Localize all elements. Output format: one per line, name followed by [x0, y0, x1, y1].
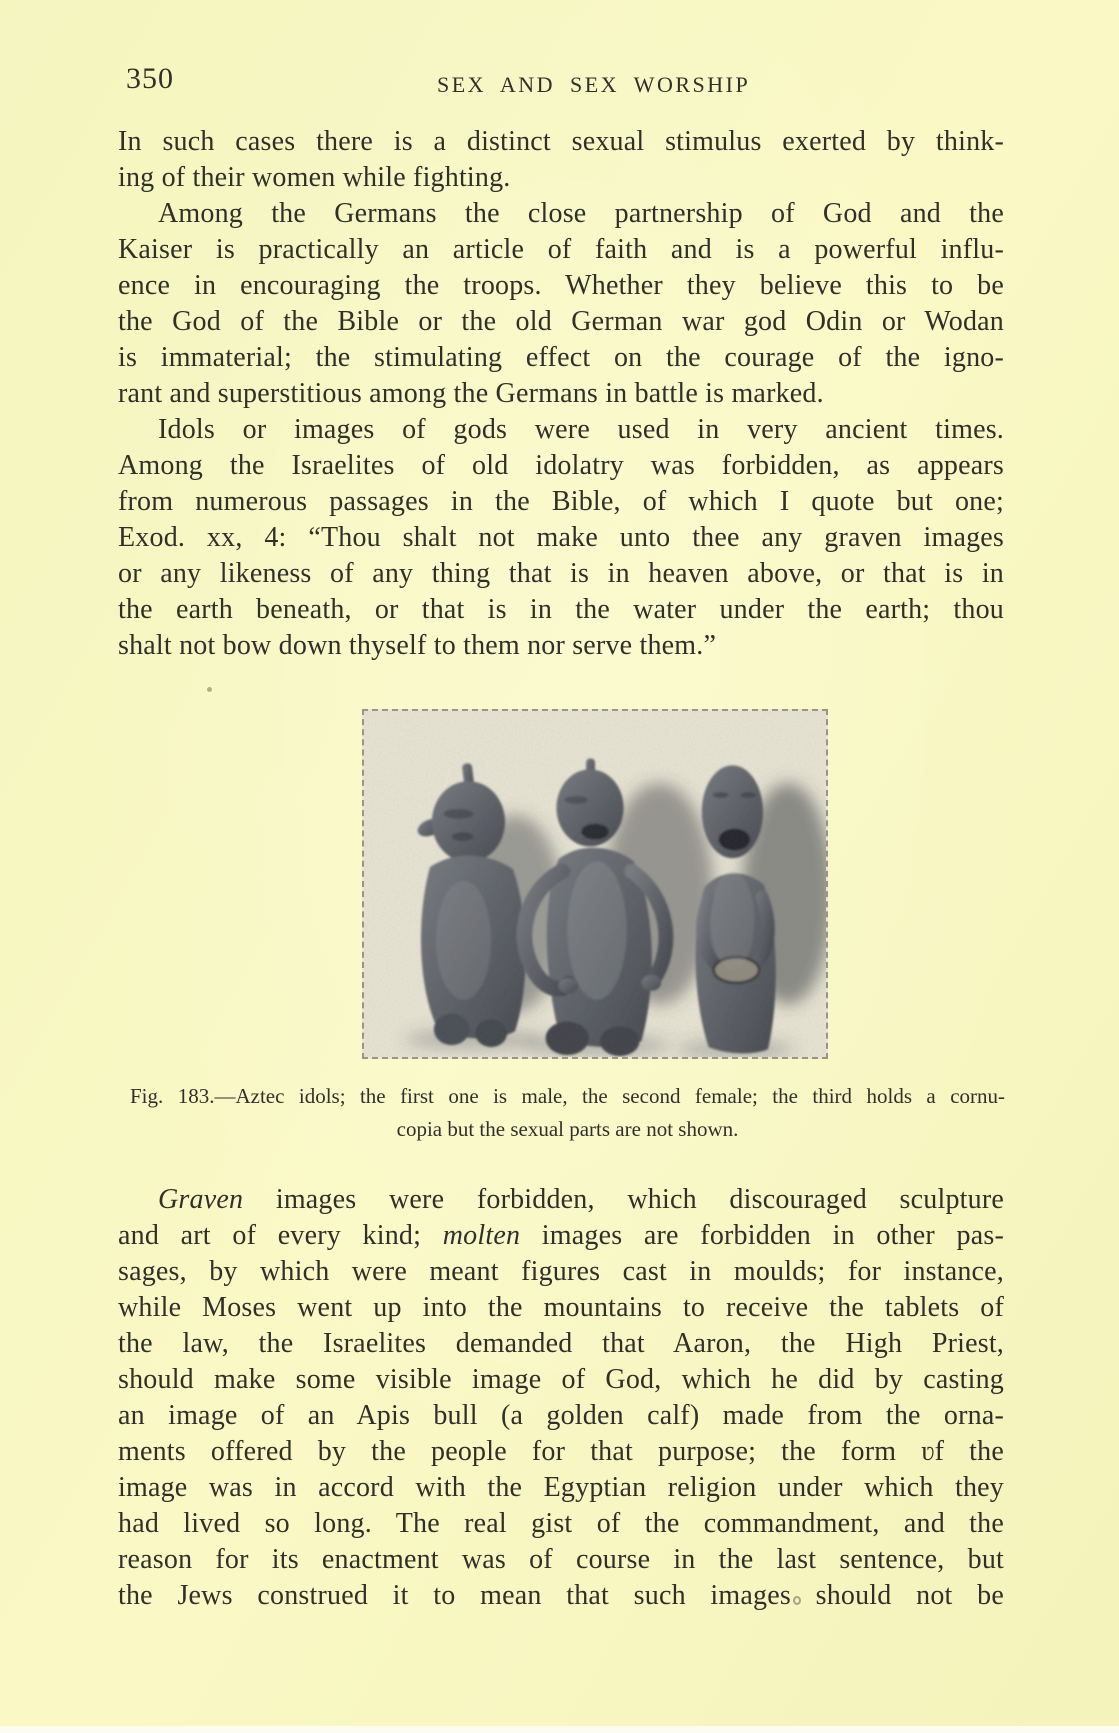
text-line: the earth beneath, or that is in the wat…: [118, 592, 1004, 628]
text-line: the law, the Israelites demanded that Aa…: [118, 1326, 1004, 1362]
ink-speck: [207, 687, 212, 692]
text-line: ence in encouraging the troops. Whether …: [118, 268, 1004, 304]
aztec-idols-illustration: [364, 711, 826, 1057]
text-line: sages, by which were meant figures cast …: [118, 1254, 1004, 1290]
figure-photo: [362, 709, 828, 1059]
body-text-upper: In such cases there is a distinct sexual…: [118, 124, 1004, 664]
photo-grain-texture: [365, 711, 826, 1057]
body-text-lower: Graven images were forbidden, which disc…: [118, 1182, 1004, 1614]
text-line: should make some visible image of God, w…: [118, 1362, 1004, 1398]
text-line: reason for its enactment was of course i…: [118, 1542, 1004, 1578]
text-line: the Jews construed it to mean that such …: [118, 1578, 1004, 1614]
text-line: an image of an Apis bull (a golden calf)…: [118, 1398, 1004, 1434]
text-line: Exod. xx, 4: “Thou shalt not make unto t…: [118, 520, 1004, 556]
figure-caption: Fig. 183.—Aztec idols; the first one is …: [130, 1080, 1005, 1146]
scan-edge-strip: [0, 1726, 1119, 1733]
text-line: from numerous passages in the Bible, of …: [118, 484, 1004, 520]
text-line: rant and superstitious among the Germans…: [118, 376, 1004, 412]
text-line: Among the Israelites of old idolatry was…: [118, 448, 1004, 484]
text-line: the God of the Bible or the old German w…: [118, 304, 1004, 340]
caption-line: copia but the sexual parts are not shown…: [130, 1113, 1005, 1146]
text-line: is immaterial; the stimulating effect on…: [118, 340, 1004, 376]
italic-word: molten: [443, 1220, 520, 1251]
text-line: while Moses went up into the mountains t…: [118, 1290, 1004, 1326]
running-title: SEX AND SEX WORSHIP: [437, 72, 750, 98]
text-line: had lived so long. The real gist of the …: [118, 1506, 1004, 1542]
text-line: Idols or images of gods were used in ver…: [118, 412, 1004, 448]
page-number: 350: [126, 62, 174, 96]
italic-word: Graven: [158, 1184, 243, 1215]
text-line: In such cases there is a distinct sexual…: [118, 124, 1004, 160]
text-line: ments offered by the people for that pur…: [118, 1434, 1004, 1470]
text-line: and art of every kind; molten images are…: [118, 1218, 1004, 1254]
text-line: Kaiser is practically an article of fait…: [118, 232, 1004, 268]
text-line: Among the Germans the close partnership …: [118, 196, 1004, 232]
caption-line: Fig. 183.—Aztec idols; the first one is …: [130, 1080, 1005, 1113]
ink-speck: [793, 1596, 801, 1605]
book-page-scan: 350 SEX AND SEX WORSHIP In such cases th…: [0, 0, 1119, 1733]
text-line: or any likeness of any thing that is in …: [118, 556, 1004, 592]
text-line: ing of their women while fighting.: [118, 160, 1004, 196]
text-line: Graven images were forbidden, which disc…: [118, 1182, 1004, 1218]
text-line: shalt not bow down thyself to them nor s…: [118, 628, 1004, 664]
text-line: image was in accord with the Egyptian re…: [118, 1470, 1004, 1506]
